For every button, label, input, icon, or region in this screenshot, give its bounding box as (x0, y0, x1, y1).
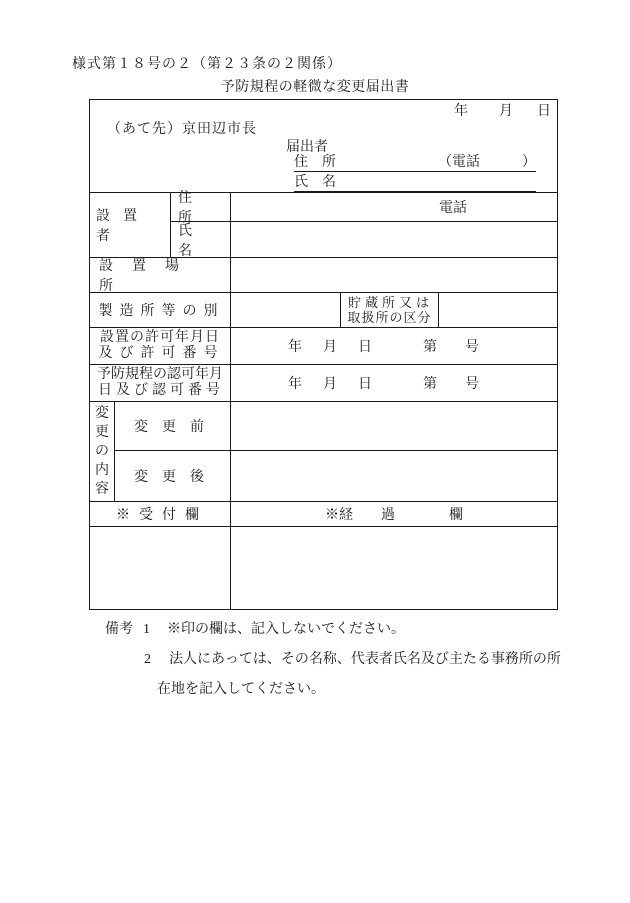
installer-fields: 電話 (231, 193, 557, 257)
page-title: 予防規程の軽微な変更届出書 (0, 76, 630, 96)
approval-year-label: 年 (288, 373, 302, 393)
installation-site-label-cell: 設置場所 (90, 258, 231, 292)
note-2-text-line1: 法人にあっては、その名称、代表者氏名及び主たる事務所の所 (169, 652, 561, 682)
storage-category-label-cell: 貯蔵所又は 取扱所の区分 (341, 293, 439, 327)
form-table: 年 月 日 （あて先）京田辺市長 届出者 住所 （電話 ） 氏名 設置者 住所 (89, 99, 558, 610)
facility-type-row: 製造所等の別 貯蔵所又は 取扱所の区分 (90, 293, 557, 328)
approval-number-prefix: 第 (423, 373, 437, 393)
office-use-header-row: ※受付欄 ※経 過 欄 (90, 502, 557, 527)
storage-category-label-line1: 貯蔵所又は (348, 295, 433, 310)
progress-column-label-part1: ※経 (325, 504, 353, 524)
approval-date-label-line1: 予防規程の認可年月 (97, 367, 223, 383)
approval-month-label: 月 (323, 373, 337, 393)
installer-name-label: 氏名 (178, 220, 230, 260)
notes-block: 備考 1 ※印の欄は、記入しないでください。 2 法人にあっては、その名称、代表… (0, 622, 630, 712)
progress-column-label-cell: ※経 過 欄 (231, 502, 557, 526)
permit-date-label-line1: 設置の許可年月日 (100, 330, 220, 346)
reception-field (90, 527, 231, 609)
permit-number-suffix: 号 (465, 336, 479, 356)
document-page: 様式第１８号の２（第２３条の２関係） 予防規程の軽微な変更届出書 年 月 日 （… (0, 0, 630, 903)
addressee-label: （あて先）京田辺市長 (107, 122, 557, 137)
note-2-text-line2: 在地を記入してください。 (157, 682, 325, 712)
note-2-number: 2 (144, 652, 151, 682)
change-before-label: 変更前 (134, 416, 218, 436)
change-contents-label: 変更の内容 (95, 404, 109, 499)
facility-type-label: 製造所等の別 (99, 300, 225, 320)
change-before-label-cell: 変更前 (115, 402, 231, 451)
installer-address-label-cell: 住所 (171, 193, 231, 222)
note-1-text: ※印の欄は、記入しないでください。 (167, 622, 405, 652)
progress-column-label-part2: 過 (381, 504, 395, 524)
approval-date-row: 予防規程の認可年月 日及び認可番号 年 月 日 第 号 (90, 365, 557, 402)
change-after-label-cell: 変更後 (115, 451, 231, 501)
facility-type-field (231, 293, 341, 327)
note-1-number: 1 (143, 622, 150, 652)
change-sublabels: 変更前 変更後 (115, 402, 231, 501)
reception-column-label-cell: ※受付欄 (90, 502, 231, 526)
storage-category-label-line2: 取扱所の区分 (347, 310, 431, 325)
installer-phone-label: 電話 (439, 197, 467, 217)
approval-day-label: 日 (358, 373, 372, 393)
change-after-label: 変更後 (134, 466, 218, 486)
approval-date-label-cell: 予防規程の認可年月 日及び認可番号 (90, 365, 231, 401)
progress-column-label-part3: 欄 (449, 504, 463, 524)
installation-site-row: 設置場所 (90, 258, 557, 293)
applicant-label: 届出者 (286, 140, 557, 155)
permit-day-label: 日 (358, 336, 372, 356)
installer-name-field (231, 222, 557, 257)
change-fields (231, 402, 557, 501)
change-contents-label-cell: 変更の内容 (90, 402, 115, 501)
permit-date-row: 設置の許可年月日 及び許可番号 年 月 日 第 号 (90, 328, 557, 365)
permit-year-label: 年 (288, 336, 302, 356)
approval-date-field: 年 月 日 第 号 (231, 365, 557, 401)
permit-number-prefix: 第 (423, 336, 437, 356)
applicant-address-label: 住所 (294, 156, 350, 171)
installer-label: 設置者 (96, 205, 170, 245)
installer-address-field: 電話 (231, 193, 557, 222)
change-after-field (231, 451, 557, 501)
applicant-phone-label: （電話 ） (438, 156, 536, 171)
note-1: 備考 1 ※印の欄は、記入しないでください。 (0, 622, 630, 652)
facility-type-label-cell: 製造所等の別 (90, 293, 231, 327)
storage-category-field (439, 293, 557, 327)
installer-label-cell: 設置者 (90, 193, 171, 257)
reception-column-label: ※受付欄 (116, 504, 208, 524)
installation-site-label: 設置場所 (99, 255, 230, 295)
installer-name-label-cell: 氏名 (171, 222, 231, 257)
approval-date-label-line2: 日及び認可番号 (98, 383, 224, 399)
installer-row: 設置者 住所 氏名 電話 (90, 193, 557, 258)
note-2-continued: 在地を記入してください。 (0, 682, 630, 712)
permit-date-field: 年 月 日 第 号 (231, 328, 557, 364)
date-year-label: 年 (454, 104, 468, 119)
approval-number-suffix: 号 (465, 373, 479, 393)
applicant-address-line: 住所 （電話 ） (294, 156, 536, 172)
permit-date-label-cell: 設置の許可年月日 及び許可番号 (90, 328, 231, 364)
installer-sublabels: 住所 氏名 (171, 193, 231, 257)
change-contents-row: 変更の内容 変更前 変更後 (90, 402, 557, 502)
date-month-label: 月 (499, 104, 513, 119)
submission-date-line: 年 月 日 (90, 104, 557, 119)
progress-field (231, 527, 557, 609)
installation-site-field (231, 258, 557, 292)
notes-label: 備考 (105, 622, 133, 652)
permit-date-label-line2: 及び許可番号 (99, 346, 225, 362)
note-2: 2 法人にあっては、その名称、代表者氏名及び主たる事務所の所 (0, 652, 630, 682)
permit-month-label: 月 (323, 336, 337, 356)
applicant-name-label: 氏名 (294, 176, 350, 191)
office-use-area-row (90, 527, 557, 609)
change-before-field (231, 402, 557, 451)
header-cell: 年 月 日 （あて先）京田辺市長 届出者 住所 （電話 ） 氏名 (90, 100, 557, 193)
applicant-name-line: 氏名 (294, 176, 536, 192)
form-number: 様式第１８号の２（第２３条の２関係） (72, 53, 342, 73)
date-day-label: 日 (537, 104, 551, 119)
